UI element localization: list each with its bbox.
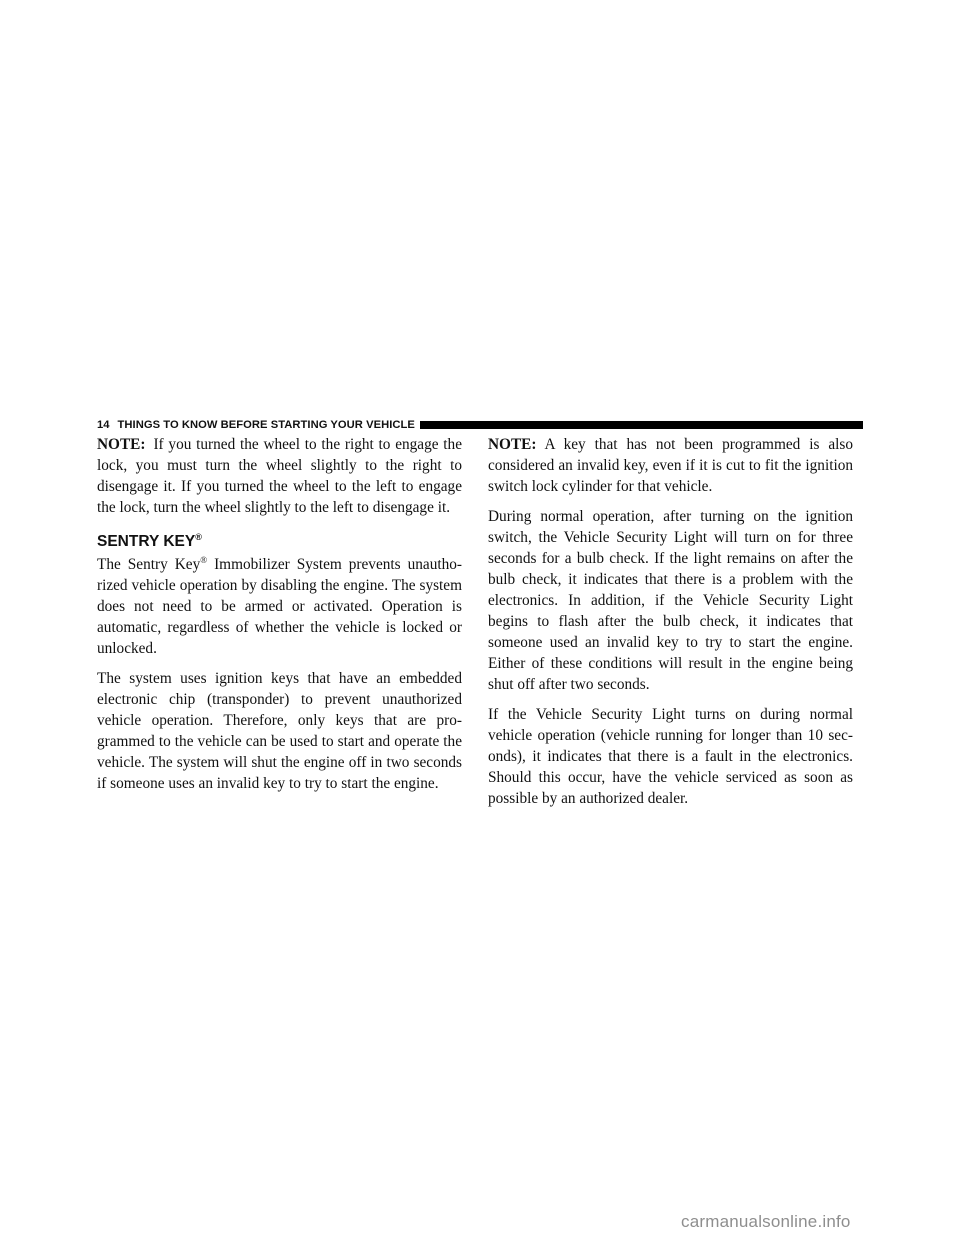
right-column: NOTE:A key that has not been programmed … — [488, 434, 853, 818]
registered-mark: ® — [195, 532, 202, 542]
heading-text: SENTRY KEY — [97, 533, 195, 550]
note-steering-lock: NOTE:If you turned the wheel to the righ… — [97, 434, 462, 518]
note-text: A key that has not been programmed is al… — [488, 436, 853, 495]
header-rule-bar — [420, 421, 863, 429]
paragraph-bulb-check: During normal operation, after turning o… — [488, 506, 853, 695]
note-label: NOTE: — [97, 436, 145, 453]
paragraph-security-light-fault: If the Vehicle Security Light turns on d… — [488, 704, 853, 809]
page-number: 14 — [97, 418, 110, 432]
paragraph-text: The Sentry Key — [97, 556, 200, 573]
paragraph-immobilizer-intro: The Sentry Key® Immobilizer System preve… — [97, 554, 462, 659]
note-invalid-key: NOTE:A key that has not been programmed … — [488, 434, 853, 497]
paragraph-transponder-keys: The system uses ignition keys that have … — [97, 668, 462, 794]
running-header: 14 THINGS TO KNOW BEFORE STARTING YOUR V… — [97, 418, 863, 432]
watermark: carmanualsonline.info — [681, 1212, 851, 1232]
manual-page: 14 THINGS TO KNOW BEFORE STARTING YOUR V… — [0, 0, 960, 1242]
section-title: THINGS TO KNOW BEFORE STARTING YOUR VEHI… — [118, 418, 415, 432]
section-heading-sentry-key: SENTRY KEY® — [97, 533, 462, 551]
note-label: NOTE: — [488, 436, 536, 453]
note-text: If you turned the wheel to the right to … — [97, 436, 462, 516]
left-column: NOTE:If you turned the wheel to the righ… — [97, 434, 462, 803]
